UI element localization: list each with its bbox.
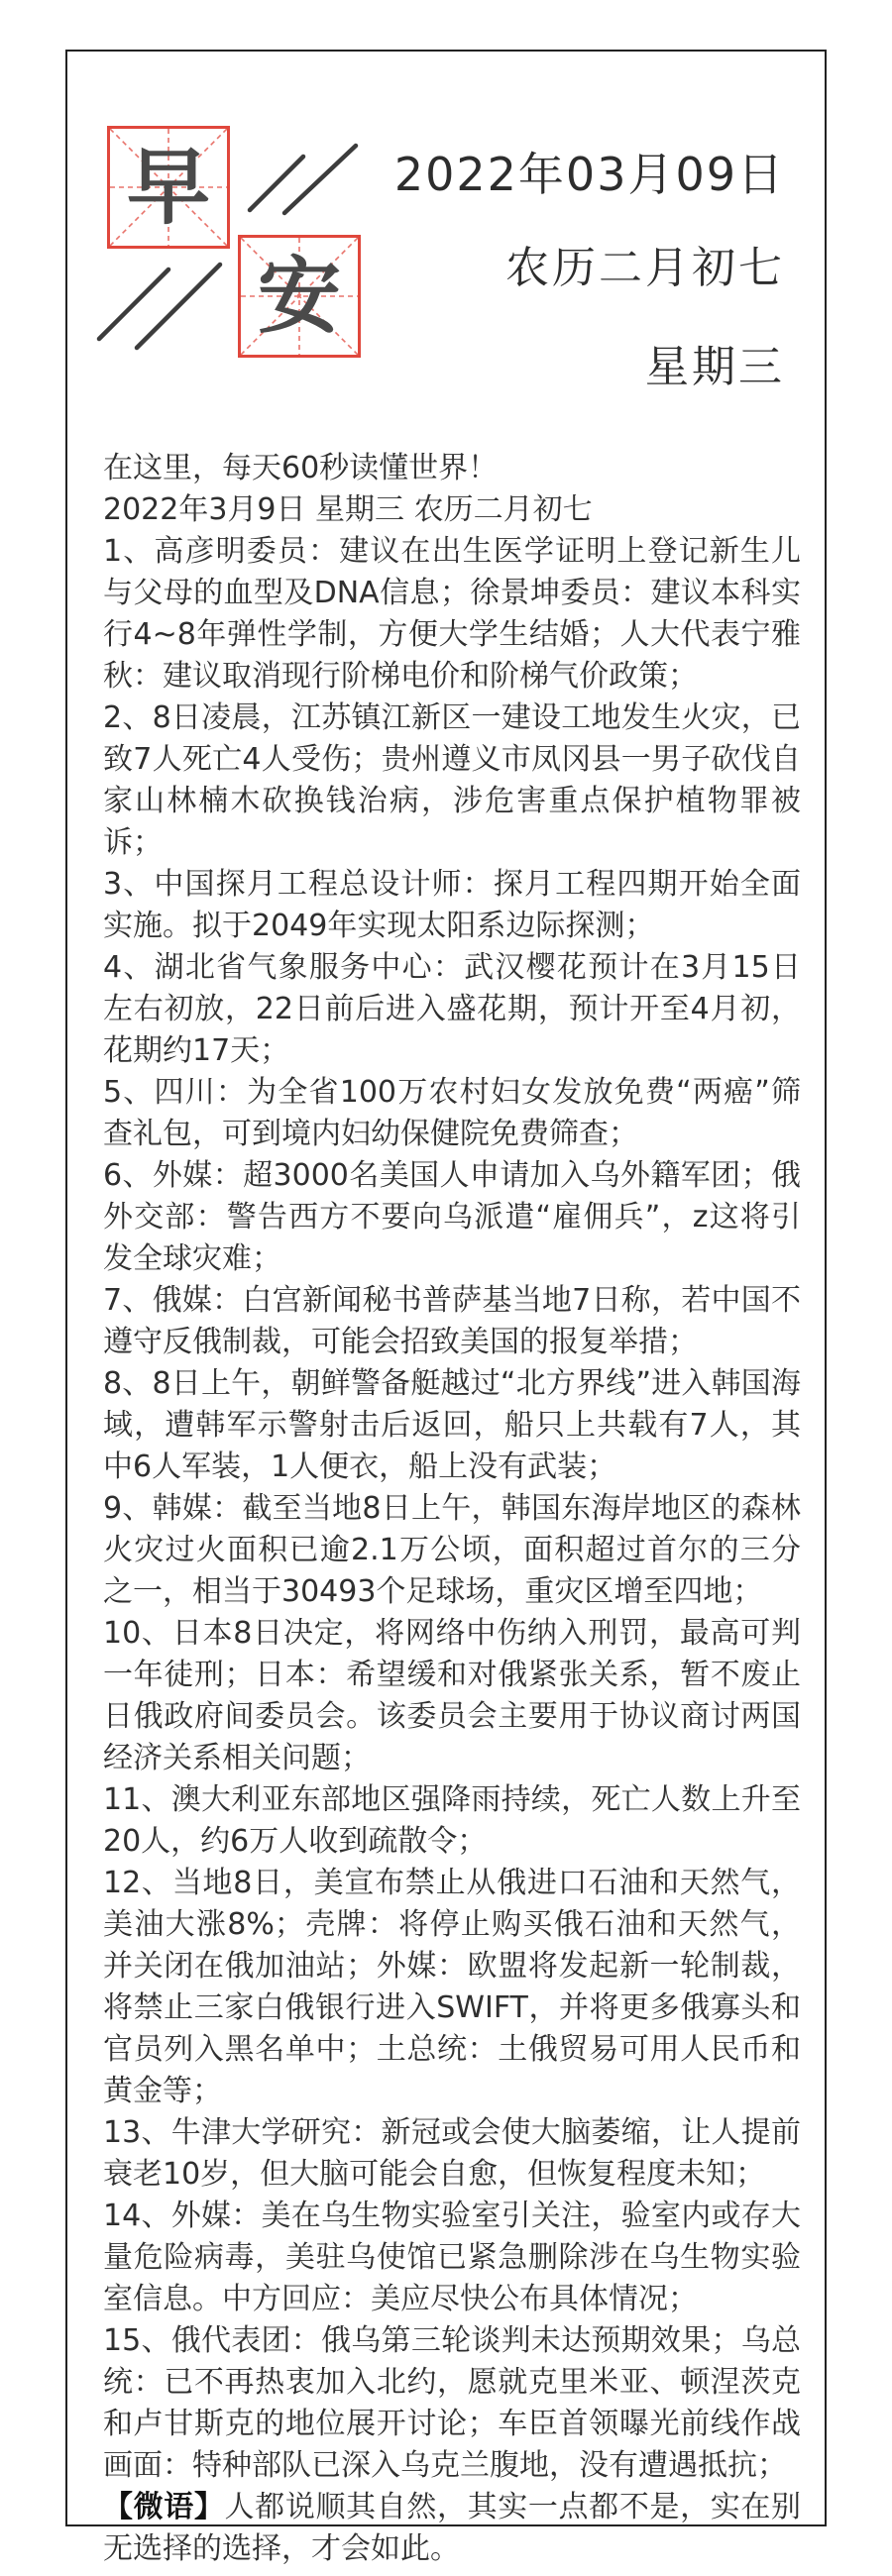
news-item-13: 13、牛津大学研究：新冠或会使大脑萎缩，让人提前衰老10岁，但大脑可能会自愈，但… [103,2112,801,2196]
header-lunar-date: 农历二月初七 [394,232,785,295]
news-item-12: 12、当地8日，美宣布禁止从俄进口石油和天然气，美油大涨8%；壳牌：将停止购买俄… [103,1863,801,2112]
weiyu-tag: 【微语】 [103,2490,225,2524]
decor-slash-icon [0,0,416,396]
header-weekday: 星期三 [394,331,785,394]
news-item-7: 7、俄媒：白宫新闻秘书普萨基当地7日称，若中国不遵守反俄制裁，可能会招致美国的报… [103,1280,801,1363]
news-item-3: 3、中国探月工程总设计师：探月工程四期开始全面实施。拟于2049年实现太阳系边际… [103,864,801,947]
news-item-14: 14、外媒：美在乌生物实验室引关注，验室内或存大量危险病毒，美驻乌使馆已紧急删除… [103,2196,801,2320]
intro-line: 在这里，每天60秒读懂世界！ [103,448,801,489]
news-digest-page: 早 安 2022年03月09日 农历二月初七 星期三 在这里，每天60秒读懂世界… [0,0,892,2576]
news-item-15: 15、俄代表团：俄乌第三轮谈判未达预期效果；乌总统：已不再热衷加入北约，愿就克里… [103,2320,801,2487]
news-body: 在这里，每天60秒读懂世界！ 2022年3月9日 星期三 农历二月初七 1、高彦… [103,448,801,2570]
news-item-1: 1、高彦明委员：建议在出生医学证明上登记新生儿与父母的血型及DNA信息；徐景坤委… [103,531,801,698]
news-item-9: 9、韩媒：截至当地8日上午，韩国东海岸地区的森林火灾过火面积已逾2.1万公顷，面… [103,1488,801,1613]
news-item-6: 6、外媒：超3000名美国人申请加入乌外籍军团；俄外交部：警告西方不要向乌派遣“… [103,1155,801,1280]
header-date-block: 2022年03月09日 农历二月初七 星期三 [394,139,785,394]
news-item-4: 4、湖北省气象服务中心：武汉樱花预计在3月15日左右初放，22日前后进入盛花期，… [103,947,801,1072]
news-item-8: 8、8日上午，朝鲜警备艇越过“北方界线”进入韩国海域，遭韩军示警射击后返回，船只… [103,1363,801,1488]
header-date: 2022年03月09日 [394,139,785,204]
news-item-10: 10、日本8日决定，将网络中伤纳入刑罚，最高可判一年徒刑；日本：希望缓和对俄紧张… [103,1613,801,1779]
date-line: 2022年3月9日 星期三 农历二月初七 [103,489,801,531]
news-item-5: 5、四川：为全省100万农村妇女发放免费“两癌”筛查礼包，可到境内妇幼保健院免费… [103,1072,801,1155]
news-item-2: 2、8日凌晨，江苏镇江新区一建设工地发生火灾，已致7人死亡4人受伤；贵州遵义市凤… [103,698,801,864]
weiyu-line: 【微语】人都说顺其自然，其实一点都不是，实在别无选择的选择，才会如此。 [103,2487,801,2570]
news-item-11: 11、澳大利亚东部地区强降雨持续，死亡人数上升至20人，约6万人收到疏散令； [103,1779,801,1863]
